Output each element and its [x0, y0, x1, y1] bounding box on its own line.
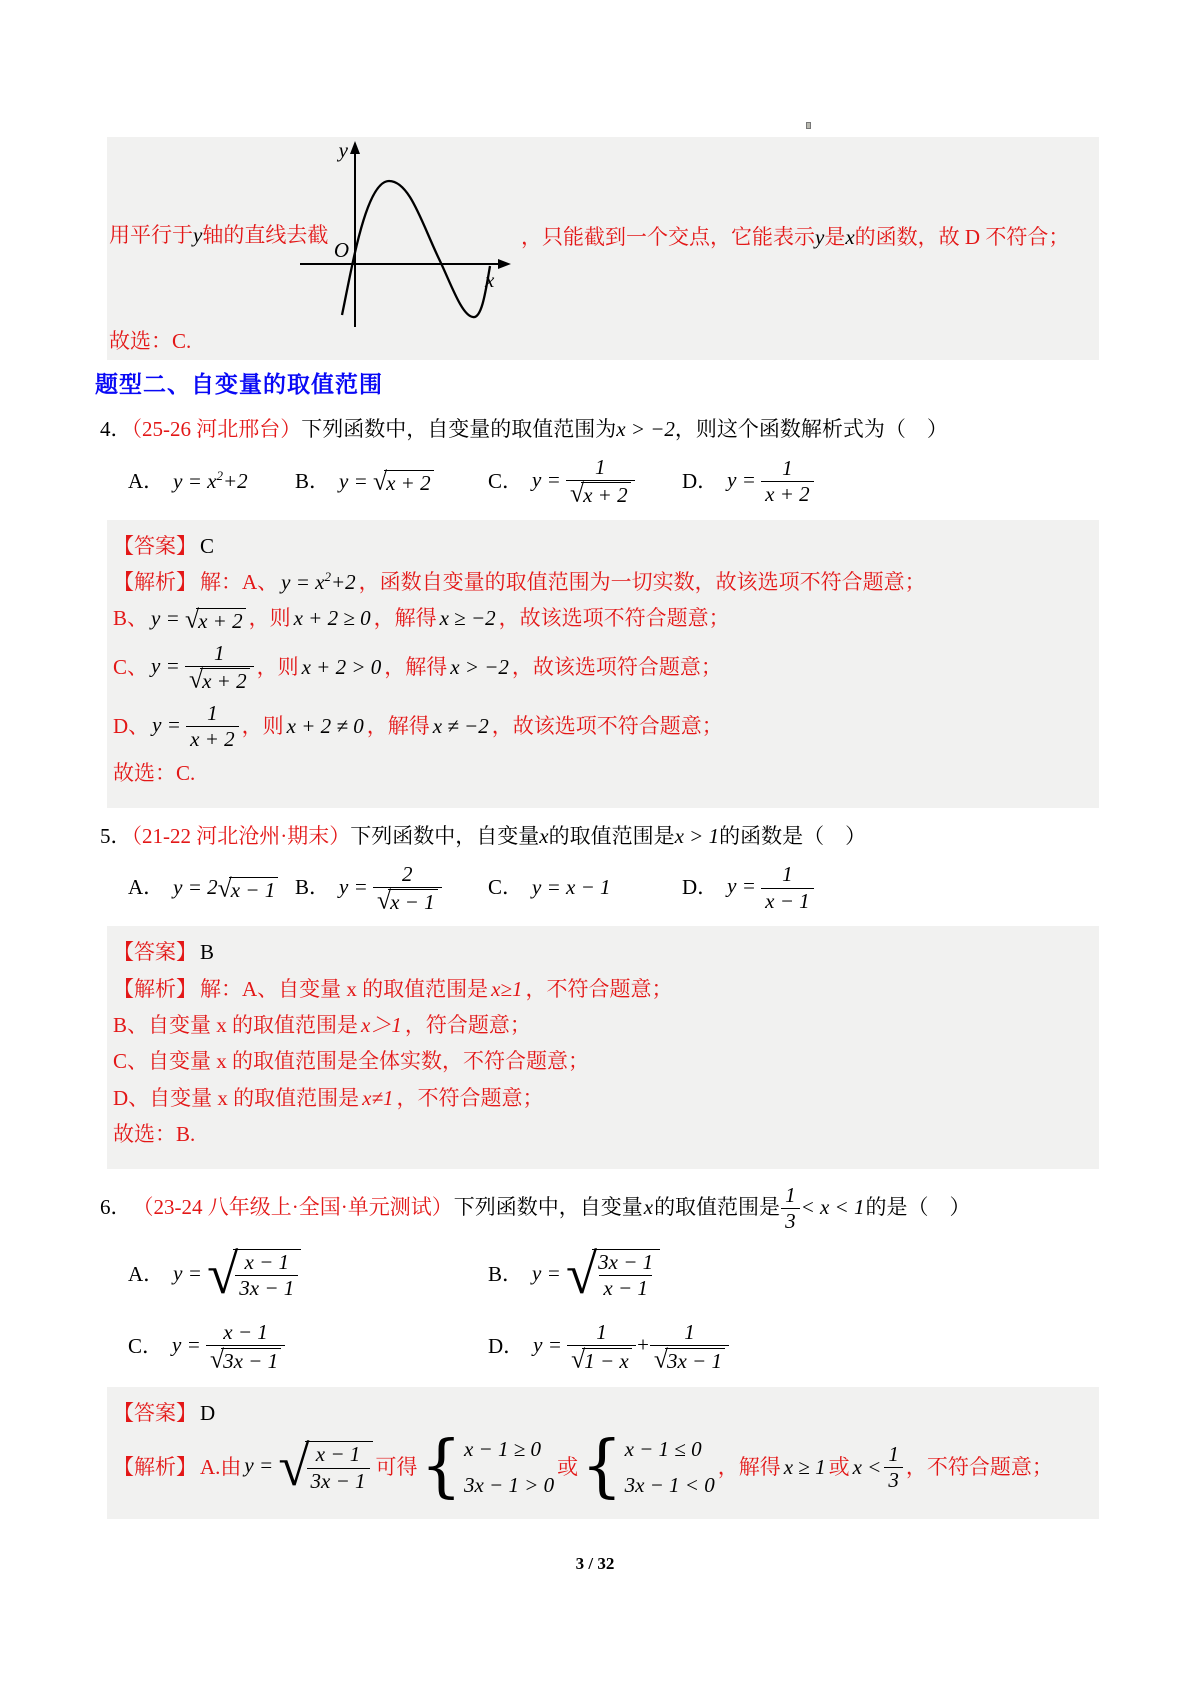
solution-text-right: ，只能截到一个交点，它能表示y是x的函数，故 D 不符合； — [521, 223, 1069, 252]
question-4-options: A．y = x2+2 B．y = x + 2 C．y = 1x + 2 D．y … — [128, 453, 1097, 511]
text-run: 是 — [824, 225, 845, 249]
option-label: D． — [488, 1332, 524, 1361]
answer-letter: C — [200, 532, 214, 561]
option-label: B． — [488, 1260, 523, 1289]
question-number: 4． — [100, 417, 132, 441]
equation-system-2: x − 1 ≤ 03x − 1 < 0 — [581, 1435, 715, 1500]
analysis-line-b: B、自变量 x 的取值范围是x＞1，符合题意； — [113, 1011, 1089, 1040]
section-title: 题型二、自变量的取值范围 — [95, 369, 1097, 401]
text-run: 下列函数中，自变量的取值范围为 — [301, 417, 616, 441]
option-label: D． — [682, 467, 718, 496]
answer-box-q6: 【答案】D 【解析】A.由y = x − 13x − 1可得x − 1 ≥ 03… — [107, 1387, 1099, 1519]
math-inline: x > −2 — [616, 417, 675, 441]
option-b: B．y = 2x − 1 — [295, 862, 442, 915]
answer-letter: D — [200, 1399, 215, 1428]
option-d: D．y = 1x + 2 — [682, 456, 814, 507]
answer-tag: 【答案】 — [113, 532, 197, 561]
text-run: 用平行于 — [109, 223, 193, 247]
equation-system-1: x − 1 ≥ 03x − 1 > 0 — [421, 1435, 555, 1500]
option-a: A．y = x2+2 — [128, 467, 248, 496]
answer-box-q4: 【答案】C 【解析】解：A、y = x2+2，函数自变量的取值范围为一切实数，故… — [107, 520, 1099, 808]
option-c: C．y = 1x + 2 — [488, 455, 635, 508]
question-source: （25-26 河北邢台） — [132, 417, 302, 441]
question-5-options: A．y = 2x − 1 B．y = 2x − 1 C．y = x − 1 D．… — [128, 859, 1097, 917]
option-label: B． — [295, 467, 330, 496]
option-c: C．y = x − 13x − 1 — [128, 1320, 285, 1373]
answer-tag: 【答案】 — [113, 938, 197, 967]
analysis-line-a: 【解析】解：A、y = x2+2，函数自变量的取值范围为一切实数，故该选项不符合… — [113, 568, 1089, 597]
math-var-y: y — [815, 225, 824, 249]
question-source: （21-22 河北沧州·期末） — [132, 824, 351, 848]
question-6-stem: 6．（23-24 八年级上·全国·单元测试）下列函数中，自变量x的取值范围是13… — [100, 1183, 1097, 1234]
option-c: C．y = x − 1 — [488, 873, 611, 902]
option-label: A． — [128, 1260, 164, 1289]
answer-box-q5: 【答案】B 【解析】解：A、自变量 x 的取值范围是x≥1，不符合题意； B、自… — [107, 926, 1099, 1168]
text-run: 的函数，故 D 不符合； — [855, 225, 1070, 249]
option-d: D．y = 11 − x+13x − 1 — [488, 1320, 729, 1373]
answer-line: 【答案】D — [113, 1399, 1089, 1428]
curve — [342, 181, 490, 317]
choose-answer-q3: 故选：C. — [109, 327, 191, 356]
option-a: A．y = x − 13x − 1 — [128, 1247, 301, 1304]
option-a: A．y = 2x − 1 — [128, 873, 278, 902]
origin-label: O — [334, 238, 349, 262]
option-d: D．y = 1x − 1 — [682, 862, 814, 913]
choose-answer-q5: 故选：B. — [113, 1120, 1089, 1149]
choose-answer-q4: 故选：C. — [113, 759, 1089, 788]
analysis-line-c: C、自变量 x 的取值范围是全体实数，不符合题意； — [113, 1047, 1089, 1076]
answer-line: 【答案】B — [113, 938, 1089, 967]
option-label: B． — [295, 873, 330, 902]
option-b: B．y = 3x − 1x − 1 — [488, 1247, 660, 1304]
option-label: C． — [488, 873, 523, 902]
analysis-line-d: D、自变量 x 的取值范围是x≠1，不符合题意； — [113, 1084, 1089, 1113]
answer-letter: B — [200, 938, 214, 967]
function-graph: y O x — [270, 139, 515, 343]
option-label: C． — [488, 467, 523, 496]
document-page: 用平行于y轴的直线去截 y O x ，只能截到一个交点，它能表示y是x的函数，故… — [0, 0, 1190, 1683]
option-label: A． — [128, 873, 164, 902]
question-6-options-row2: C．y = x − 13x − 1 D．y = 11 − x+13x − 1 — [128, 1316, 1097, 1378]
y-axis-label: y — [337, 139, 349, 162]
analysis-line-a: 【解析】解：A、自变量 x 的取值范围是x≥1，不符合题意； — [113, 975, 1089, 1004]
page-number: 3 / 32 — [0, 1552, 1190, 1576]
solution-box-q3: 用平行于y轴的直线去截 y O x ，只能截到一个交点，它能表示y是x的函数，故… — [107, 137, 1099, 360]
option-label: A． — [128, 467, 164, 496]
analysis-tag: 【解析】 — [113, 975, 197, 1004]
math-var-y: y — [193, 223, 202, 247]
analysis-line-d: D、y = 1x + 2，则x + 2 ≠ 0，解得x ≠ −2，故该选项不符合… — [113, 701, 1089, 752]
analysis-tag: 【解析】 — [113, 568, 197, 597]
question-4-stem: 4．（25-26 河北邢台）下列函数中，自变量的取值范围为x > −2，则这个函… — [100, 415, 1097, 444]
question-6-options-row1: A．y = x − 13x − 1 B．y = 3x − 1x − 1 — [128, 1244, 1097, 1306]
analysis-tag: 【解析】 — [113, 1453, 197, 1482]
analysis-line-b: B、y = x + 2，则x + 2 ≥ 0，解得x ≥ −2，故该选项不符合题… — [113, 604, 1089, 633]
option-b: B．y = x + 2 — [295, 467, 434, 496]
question-number: 5． — [100, 824, 132, 848]
answer-tag: 【答案】 — [113, 1399, 197, 1428]
text-run: ，只能截到一个交点，它能表示 — [521, 225, 815, 249]
x-axis-arrow — [498, 259, 511, 269]
scan-artifact-dot — [806, 122, 811, 129]
question-source: （23-24 八年级上·全国·单元测试） — [133, 1193, 453, 1222]
analysis-line-c: C、y = 1x + 2，则x + 2 > 0，解得x > −2，故该选项符合题… — [113, 641, 1089, 694]
option-label: D． — [682, 873, 718, 902]
y-axis-arrow — [350, 141, 360, 154]
x-axis-label: x — [484, 268, 495, 292]
question-number: 6． — [100, 1193, 132, 1222]
math-var-x: x — [845, 225, 854, 249]
analysis-line: 【解析】A.由y = x − 13x − 1可得x − 1 ≥ 03x − 1 … — [113, 1435, 1089, 1500]
text-run: ，则这个函数解析式为（ ） — [675, 417, 948, 441]
question-5-stem: 5．（21-22 河北沧州·期末）下列函数中，自变量x的取值范围是x > 1的函… — [100, 822, 1097, 851]
option-label: C． — [128, 1332, 163, 1361]
answer-line: 【答案】C — [113, 532, 1089, 561]
